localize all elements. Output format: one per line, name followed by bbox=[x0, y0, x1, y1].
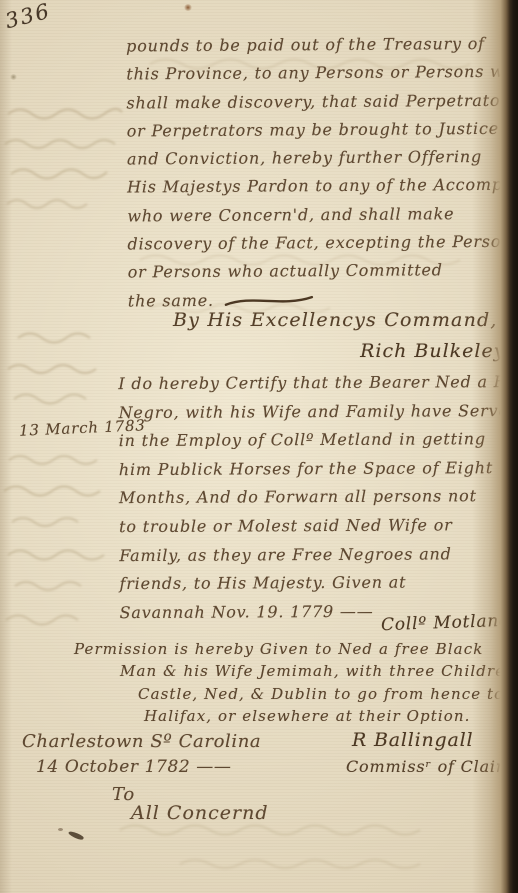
certificate-line: to trouble or Molest said Ned Wife or bbox=[119, 511, 518, 542]
proclamation-line: discovery of the Fact, excepting the Per… bbox=[127, 228, 518, 259]
certificate-line: him Publick Horses for the Space of Eigh… bbox=[119, 454, 518, 485]
certificate-line: in the Employ of Collº Metland in gettin… bbox=[119, 425, 518, 456]
closing-line: By His Excellencys Command, bbox=[173, 309, 498, 331]
proclamation-text: pounds to be paid out of the Treasury of… bbox=[126, 30, 518, 316]
certificate-line: Months, And do Forwarn all persons not bbox=[119, 482, 518, 513]
proclamation-line: and Conviction, hereby further Offering bbox=[127, 143, 518, 174]
permission-text: Permission is hereby Given to Ned a free… bbox=[0, 638, 518, 727]
manuscript-page: 336 13 March 1783 pounds to be paid out … bbox=[0, 0, 518, 893]
proclamation-line: who were Concern'd, and shall make bbox=[127, 199, 518, 230]
paper-spot bbox=[10, 74, 17, 80]
pen-flourish bbox=[224, 292, 316, 309]
certificate-line: friends, to His Majesty. Given at bbox=[119, 568, 518, 599]
book-binding-edge bbox=[472, 0, 518, 893]
proclamation-line: pounds to be paid out of the Treasury of bbox=[126, 30, 518, 61]
proclamation-line: or Persons who actually Committed bbox=[128, 256, 518, 287]
addressee-line: All Concernd bbox=[131, 802, 269, 824]
proclamation-line: His Majestys Pardon to any of the Accomp… bbox=[127, 171, 518, 202]
certificate-line: I do hereby Certify that the Bearer Ned … bbox=[118, 368, 518, 399]
date-line: 14 October 1782 —— bbox=[36, 757, 232, 777]
ink-stain bbox=[184, 4, 192, 11]
proclamation-line: this Province, to any Persons or Persons… bbox=[126, 58, 518, 89]
proclamation-line-text: the same. bbox=[128, 291, 214, 311]
permission-line: Halifax, or elsewhere at their Option. bbox=[144, 705, 518, 727]
proclamation-line: or Perpetrators may be brought to Justic… bbox=[127, 114, 518, 145]
certificate-text: I do hereby Certify that the Bearer Ned … bbox=[118, 368, 518, 628]
ink-blot-small bbox=[58, 828, 63, 831]
place-line: Charlestown Sº Carolina bbox=[22, 731, 261, 752]
proclamation-line: shall make discovery, that said Perpetra… bbox=[126, 86, 518, 117]
permission-line: Castle, Ned, & Dublin to go from hence t… bbox=[138, 683, 518, 705]
permission-line: Permission is hereby Given to Ned a free… bbox=[74, 638, 518, 660]
signature-ballingall: R Ballingall bbox=[352, 729, 473, 751]
certificate-line: Negro, with his Wife and Family have Ser… bbox=[118, 397, 518, 428]
permission-line: Man & his Wife Jemimah, with three Child… bbox=[120, 660, 518, 682]
certificate-line: Family, as they are Free Negroes and bbox=[119, 539, 518, 570]
